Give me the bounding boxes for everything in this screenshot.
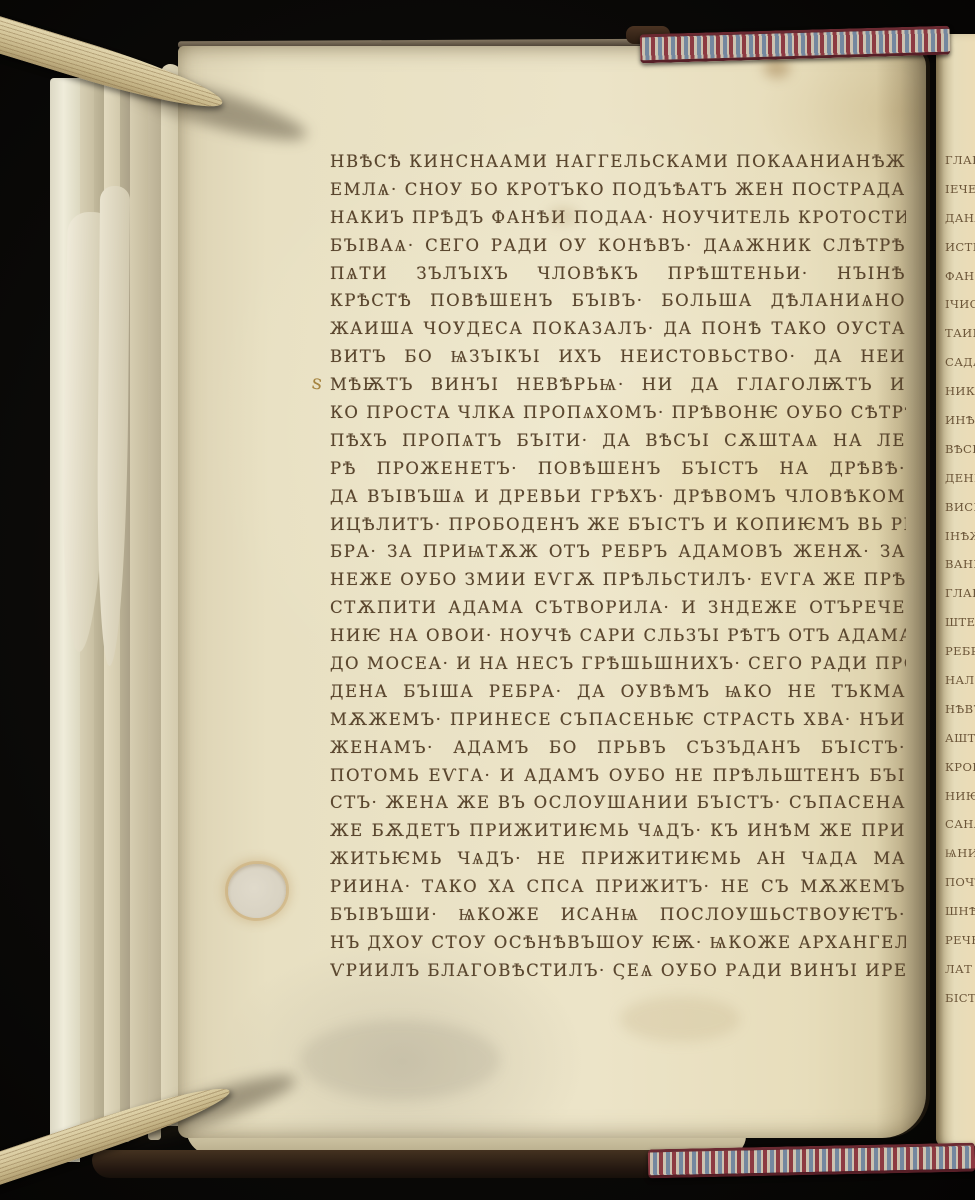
text-line: ДО МОСЕА· И НА НЕСЪ ГРѢШЬШНИХЪ· СЕГО РАД… xyxy=(330,650,906,678)
facing-text-fragment: САНА xyxy=(945,810,975,839)
facing-text-fragment: РЕЧЕ xyxy=(945,926,975,955)
text-line: ПѦТИ ЗЪЛЪІХЪ ЧЛОВѢКЪ ПРѢШТЕНЬИ· НЪІНѢ xyxy=(330,260,906,288)
parchment-hole xyxy=(228,864,286,918)
facing-text-fragment: НИѤ xyxy=(945,782,975,811)
facing-page-text-column: ГЛАПР ІЕЧЕН ДАНАВ ИСТЕЧ ФАНЬ ІЧИСТ ТАИН … xyxy=(945,146,975,1013)
facing-text-fragment: ИСТЕЧ xyxy=(945,233,975,262)
facing-text-fragment: ШТЕН xyxy=(945,608,975,637)
facing-text-fragment: НѢВЪІ xyxy=(945,695,975,724)
leaf-edge-strip xyxy=(148,78,161,1140)
text-line: ПѢХЪ ПРОПѦТЪ БЪІТИ· ДА ВѢСЪІ СѪШТАѦ НА Л… xyxy=(330,427,906,455)
facing-text-fragment: ДАНАВ xyxy=(945,204,975,233)
text-line: СТЪ· ЖЕНА ЖЕ ВЪ ОСЛОУШАНИИ БЪІСТЪ· СЪПАС… xyxy=(330,789,906,817)
facing-text-fragment: ІЕЧЕН xyxy=(945,175,975,204)
text-line: КО ПРОСТА ЧЛКА ПРОПѦХОМЪ· ПРѢВОНѤ ОУБО С… xyxy=(330,399,906,427)
facing-text-fragment: ИНѢЗ xyxy=(945,406,975,435)
facing-text-fragment: КРОП xyxy=(945,753,975,782)
text-line: НЪ ДХОУ СТОУ ОСѢНѢВЪШОУ ѤѬ· ѨКОЖЕ АРХАНГ… xyxy=(330,929,906,957)
facing-text-fragment: ЛАТ xyxy=(945,955,975,984)
facing-text-fragment: РЕБРЪ xyxy=(945,637,975,666)
book-cover-left-edge xyxy=(26,86,50,1182)
text-line: БЪІВАѦ· СЕГО РАДИ ОУ КОНѢВЪ· ДАѦЖНИК СЛѢ… xyxy=(330,232,906,260)
manuscript-photo: НВѢСѢ КИНСНААМИ НАГГЕЛЬСКАМИ ПОКААНИАНѢЖ… xyxy=(0,0,975,1200)
facing-text-fragment: ТАИН xyxy=(945,319,975,348)
parchment-stain xyxy=(764,58,790,78)
text-line: БЪІВЪШИ· ѨКОЖЕ ИСАНѨ ПОСЛОУШЬСТВОУѤТЪ· xyxy=(330,901,906,929)
text-line: ЖЕ БѪДЕТЪ ПРИЖИТИѤМЬ ЧѦДЪ· КЪ ИНѢМ ЖЕ ПР… xyxy=(330,817,906,845)
facing-text-fragment: ѨНИП xyxy=(945,839,975,868)
text-block: НВѢСѢ КИНСНААМИ НАГГЕЛЬСКАМИ ПОКААНИАНѢЖ… xyxy=(330,148,906,990)
leaf-edge-strip xyxy=(130,72,148,1134)
text-line: ИЦѢЛИТЪ· ПРОБОДЕНЪ ЖЕ БЪІСТЪ И КОПИѤМЪ В… xyxy=(330,511,906,539)
parchment-stain xyxy=(300,1020,500,1100)
text-line: НИѤ НА ОВОИ· НОУЧѢ САРИ СЛЬЗЪІ РѢТЪ ОТЪ … xyxy=(330,622,906,650)
text-line: ДЕНА БЪІША РЕБРА· ДА ОУВѢМЪ ѨКО НЕ ТЪКМА xyxy=(330,678,906,706)
facing-text-fragment: САДАС xyxy=(945,348,975,377)
facing-page-sliver: ГЛАПР ІЕЧЕН ДАНАВ ИСТЕЧ ФАНЬ ІЧИСТ ТАИН … xyxy=(936,34,975,1146)
text-line: ѴРИИЛЪ БЛАГОВѢСТИЛЪ· ϚЕѦ ОУБО РАДИ ВИНЪІ… xyxy=(330,957,906,985)
facing-text-fragment: АШТ xyxy=(945,724,975,753)
parchment-stain xyxy=(620,996,740,1042)
text-line: МѪЖЕМЪ· ПРИНЕСЕ СЪПАСЕНЬѤ СТРАСТЬ ХВА· Н… xyxy=(330,706,906,734)
text-line: ВИТЪ БО ѨЗЪІКЪІ ИХЪ НЕИСТОВЬСТВО· ДА НЕИ xyxy=(330,343,906,371)
text-line: РѢ ПРОЖЕНЕТЪ· ПОВѢШЕНЪ БЪІСТЪ НА ДРѢВѢ· xyxy=(330,455,906,483)
facing-text-fragment: ГЛАШ xyxy=(945,579,975,608)
text-line: НАКИЪ ПРѢДЪ ФАНѢИ ПОДАА· НОУЧИТЕЛЬ КРОТО… xyxy=(330,204,906,232)
facing-text-fragment: БІСТ xyxy=(945,984,975,1013)
text-line: НЕЖЕ ОУБО ЗМИИ ЕѴГѪ ПРѢЛЬСТИЛЪ· ЕѴГА ЖЕ … xyxy=(330,566,906,594)
endband-bottom xyxy=(648,1143,975,1179)
text-line: БРА· ЗА ПРИѨТѪЖ ОТЪ РЕБРЪ АДАМОВЪ ЖЕНѪ· … xyxy=(330,538,906,566)
text-line: ДА ВЪІВЪШѦ И ДРЕВЬИ ГРѢХЪ· ДРѢВОМЪ ЧЛОВѢ… xyxy=(330,483,906,511)
text-line: КРѢСТѢ ПОВѢШЕНЪ БЪІВЪ· БОЛЬША ДѢЛАНИѦНО xyxy=(330,287,906,315)
text-line: РИИНА· ТАКО ХА СПСА ПРИЖИТЪ· НЕ СЪ МѪЖЕМ… xyxy=(330,873,906,901)
facing-text-fragment: ФАНЬ xyxy=(945,262,975,291)
facing-text-fragment: ДЕНІ xyxy=(945,464,975,493)
facing-text-fragment: ВАНН xyxy=(945,550,975,579)
text-line: ПОТОМЬ ЕѴГА· И АДАМЪ ОУБО НЕ ПРѢЛЬШТЕНЪ … xyxy=(330,762,906,790)
text-line: СТѪПИТИ АДАМА СЪТВОРИЛА· И ЗНДЕЖЕ ОТЪРЕЧ… xyxy=(330,594,906,622)
text-line: МѢѬТЪ ВИНЪІ НЕВѢРЬѨ· НИ ДА ГЛАГОЛѬТЪ И xyxy=(330,371,906,399)
text-line: ЕМЛѦ· СНОУ БО КРОТЪКО ПОДЪѢАТЪ ЖЕН ПОСТР… xyxy=(330,176,906,204)
facing-text-fragment: ІЧИСТ xyxy=(945,290,975,319)
text-line: ЖАИША ЧОУДЕСА ПОКАЗАЛЪ· ДА ПОНѢ ТАКО ОУС… xyxy=(330,315,906,343)
facing-text-fragment: НАЛЕ xyxy=(945,666,975,695)
book-cover-bottom-edge xyxy=(92,1150,672,1178)
facing-text-fragment: ВИСНІ xyxy=(945,493,975,522)
text-line: ЖИТЬѤМЬ ЧѦДЪ· НЕ ПРИЖИТИѤМЬ АН ЧѦДА МА xyxy=(330,845,906,873)
facing-text-fragment: ГЛАПР xyxy=(945,146,975,175)
facing-text-fragment: ПОЧТ xyxy=(945,868,975,897)
facing-text-fragment: ІНѢЖ xyxy=(945,522,975,551)
facing-text-fragment: ШНѢ xyxy=(945,897,975,926)
text-line: ЖЕНАМЪ· АДАМЪ БО ПРЬВЪ СЪЗЪДАНЪ БЪІСТЪ· xyxy=(330,734,906,762)
facing-text-fragment: ВѢСНІ xyxy=(945,435,975,464)
facing-text-fragment: НИКА xyxy=(945,377,975,406)
text-line: НВѢСѢ КИНСНААМИ НАГГЕЛЬСКАМИ ПОКААНИАНѢЖ… xyxy=(330,148,906,176)
